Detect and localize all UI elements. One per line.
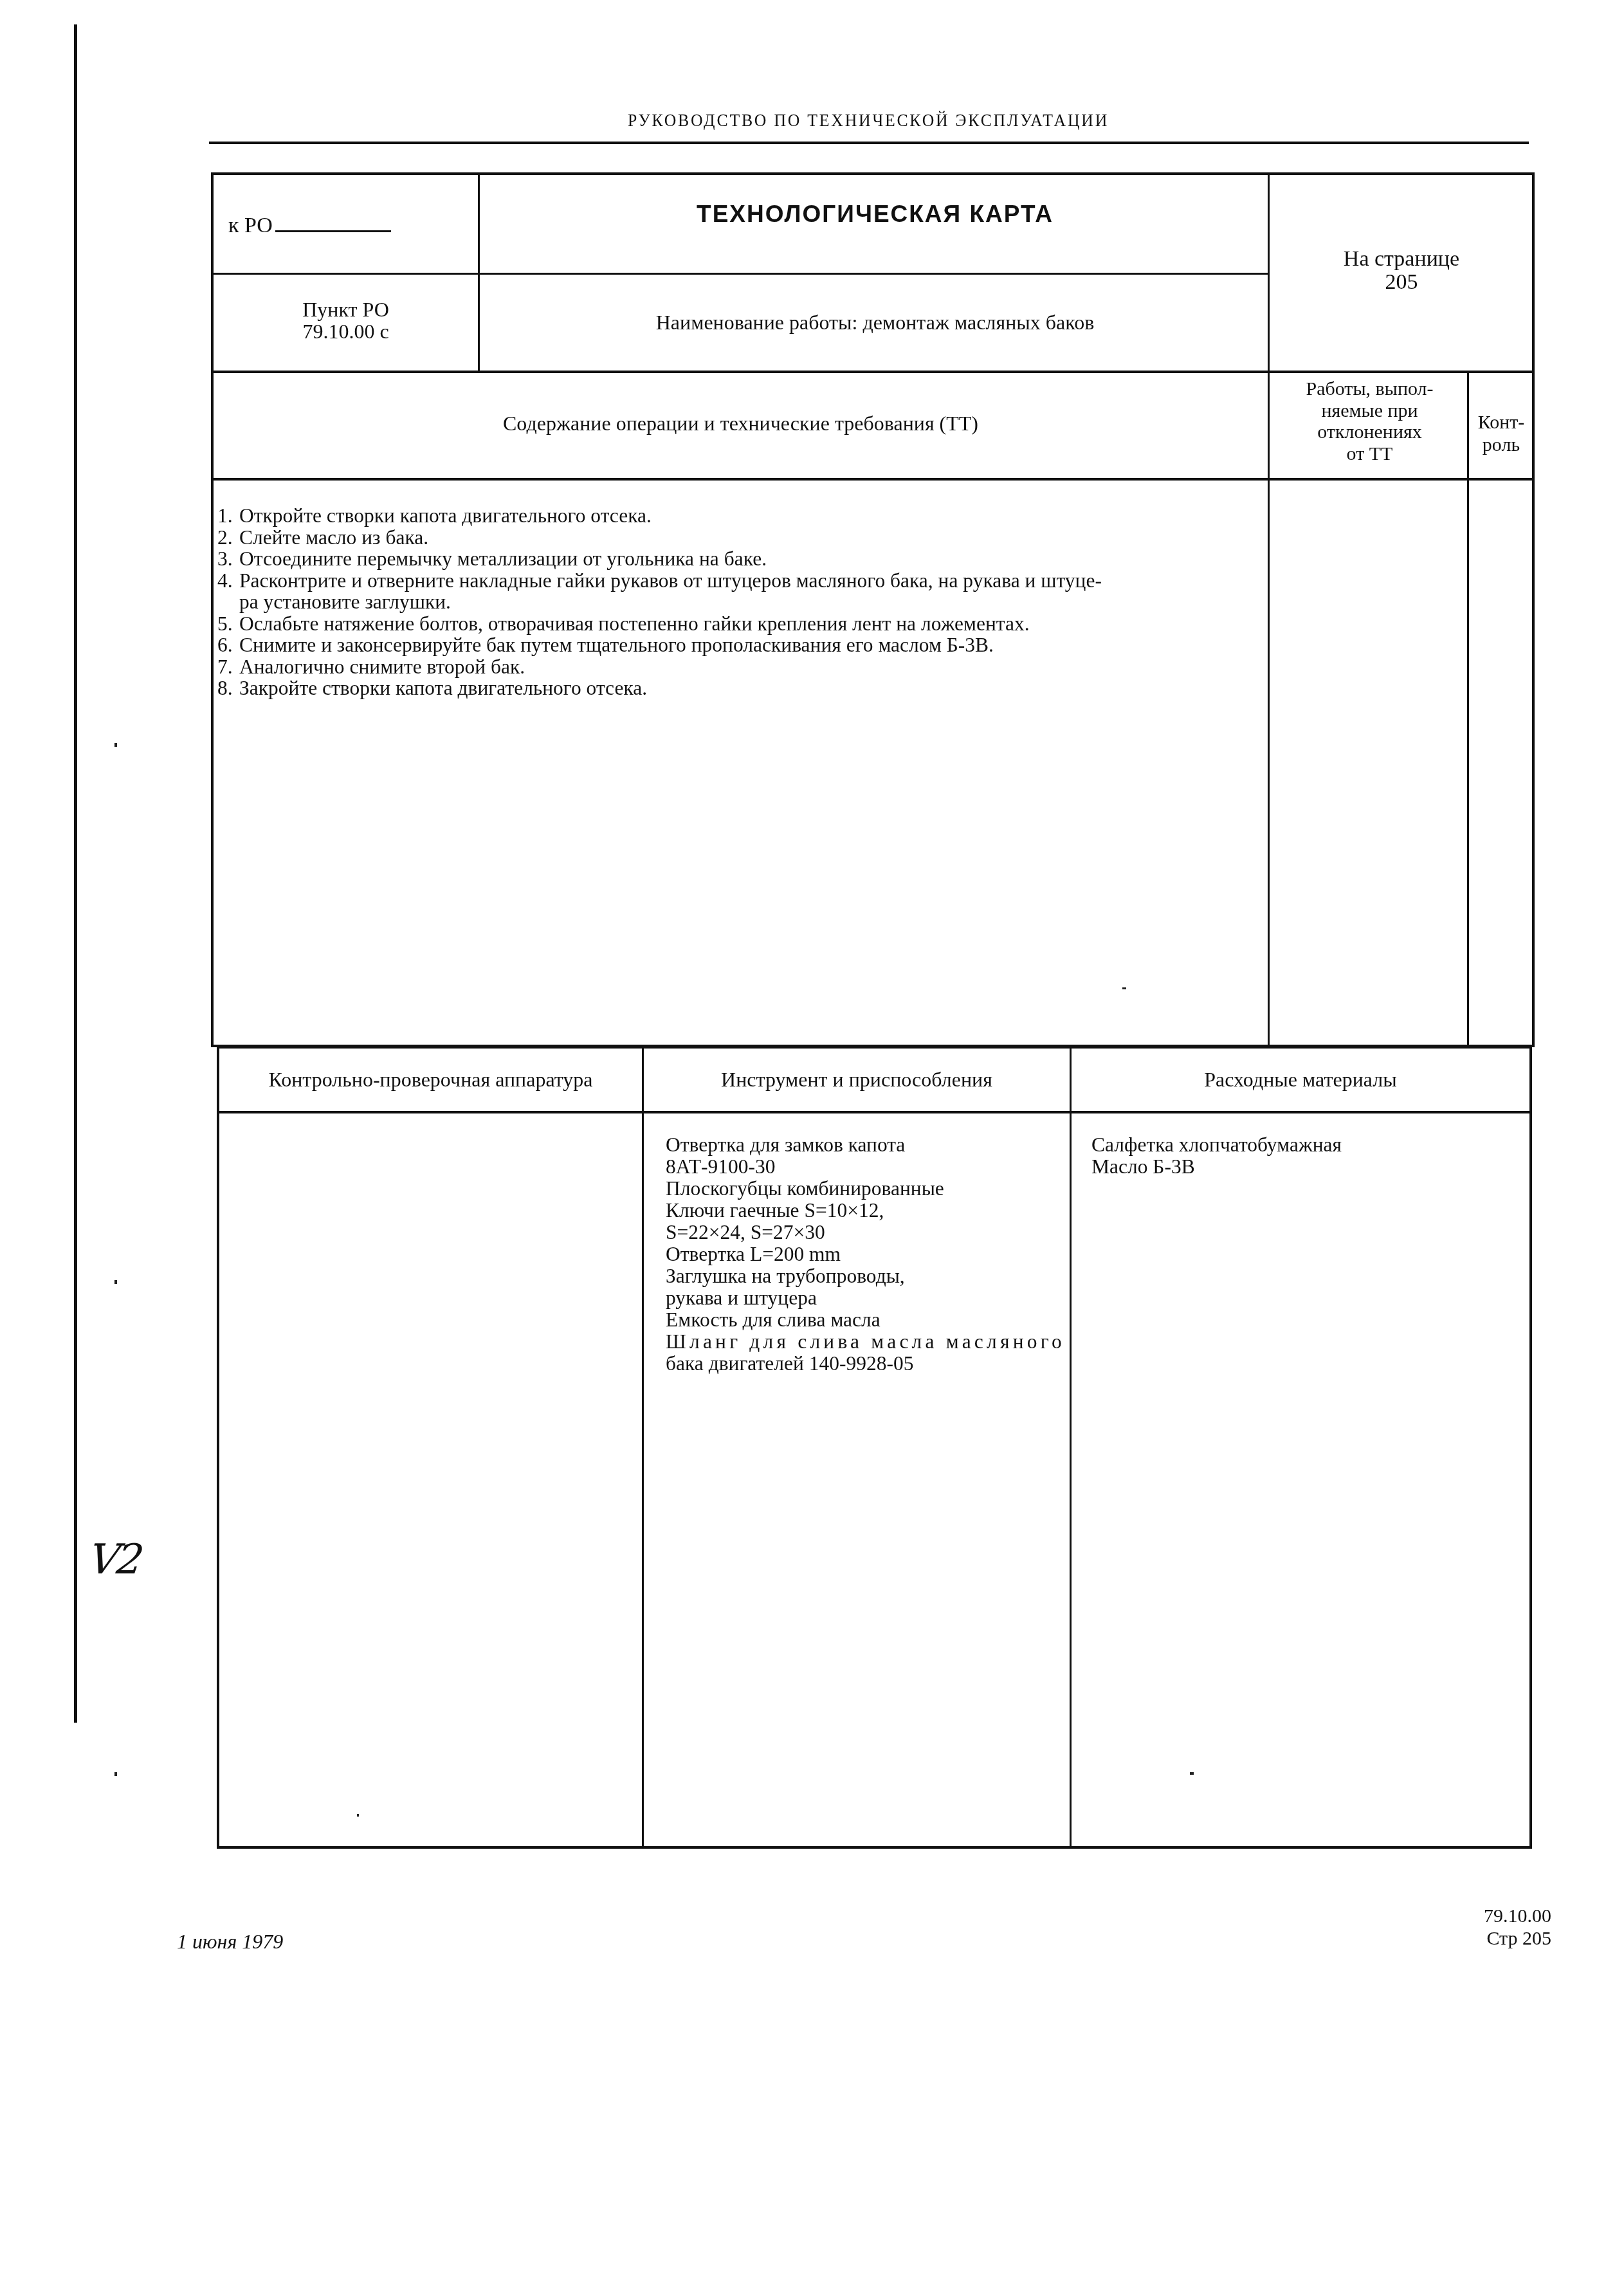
step-number: 5. [217,613,239,635]
header-rule [209,142,1529,144]
divider [218,1111,1531,1113]
step-text: Аналогично снимите второй бак. [239,656,1266,678]
step-number: 1. [217,505,239,527]
control-header: Конт- роль [1470,412,1532,456]
tool-item: Емкость для слива масла [666,1309,1068,1331]
step-number: 2. [217,527,239,549]
operation-step: 1.Откройте створки капота двигательного … [217,505,1266,527]
scan-speck [114,1772,117,1776]
scan-speck [114,743,117,747]
tools-header: Инструмент и приспособления [644,1049,1070,1111]
on-page-block: На странице 205 [1271,248,1532,293]
step-text: Закройте створки капота двигательного от… [239,677,1266,699]
operation-step: 3.Отсоедините перемычку металлизации от … [217,548,1266,570]
punkt-ro: Пункт РО 79.10.00 с [212,299,479,342]
issue-date: 1 июня 1979 [177,1930,283,1954]
operation-step: 2.Слейте масло из бака. [217,527,1266,549]
materials-header: Расходные материалы [1072,1049,1529,1111]
tool-item: Отвертка L=200 mm [666,1243,1068,1265]
step-number: 8. [217,677,239,699]
deviation-works-header: Работы, выпол- няемые при отклонениях от… [1271,378,1468,464]
divider [1268,174,1270,1046]
on-page-value: 205 [1271,271,1532,294]
operations-header: Содержание операции и технические требов… [212,412,1269,435]
materials-list: Салфетка хлопчатобумажнаяМасло Б-3В [1091,1134,1510,1178]
punkt-value: 79.10.00 с [212,321,479,343]
work-name: Наименование работы: демонтаж масляных б… [481,311,1269,334]
binding-margin-line [74,24,77,1723]
page-ref: 79.10.00 Стр 205 [1415,1905,1551,1950]
operation-step: 4.Расконтрите и отверните накладные гайк… [217,570,1266,592]
operation-step: 5.Ослабьте натяжение болтов, отворачивая… [217,613,1266,635]
step-text: Расконтрите и отверните накладные гайки … [239,570,1266,592]
step-number: 4. [217,570,239,592]
tool-item: рукава и штуцера [666,1287,1068,1309]
header-line: няемые при [1271,400,1468,422]
divider [212,371,1533,373]
divider [1467,372,1469,1046]
header-line: от ТТ [1271,443,1468,465]
tool-item: Заглушка на трубопроводы, [666,1265,1068,1287]
step-number: 6. [217,634,239,656]
step-number [217,591,239,613]
tools-list: Отвертка для замков капота8АТ-9100-30Пло… [666,1134,1068,1375]
header-line: отклонениях [1271,421,1468,443]
tool-item: Плоскогубцы комбинированные [666,1178,1068,1200]
step-number: 3. [217,548,239,570]
step-text: Отсоедините перемычку металлизации от уг… [239,548,1266,570]
doc-code: 79.10.00 [1415,1905,1551,1928]
tool-item: S=22×24, S=27×30 [666,1222,1068,1243]
on-page-label: На странице [1271,248,1532,271]
operation-step: 8.Закройте створки капота двигательного … [217,677,1266,699]
tool-item: Отвертка для замков капота [666,1134,1068,1156]
card-title: ТЕХНОЛОГИЧЕСКАЯ КАРТА [481,201,1269,228]
operations-list: 1.Откройте створки капота двигательного … [217,505,1266,699]
ref-ro-label: к РО [228,214,273,237]
divider [1070,1047,1072,1847]
ref-ro-blank [275,228,391,232]
material-item: Масло Б-3В [1091,1156,1510,1178]
divider [212,273,1268,275]
tool-item: Шланг для слива масла масляного [666,1331,1068,1353]
step-text: ра установите заглушки. [239,591,1266,613]
punkt-label: Пункт РО [212,299,479,321]
operation-step: 7.Аналогично снимите второй бак. [217,656,1266,678]
header-line: Конт- [1470,412,1532,434]
header-line: роль [1470,434,1532,457]
step-text: Ослабьте натяжение болтов, отворачивая п… [239,613,1266,635]
tool-item: Ключи гаечные S=10×12, [666,1200,1068,1222]
step-text: Откройте створки капота двигательного от… [239,505,1266,527]
tool-item: 8АТ-9100-30 [666,1156,1068,1178]
ref-ro-field: к РО [228,214,391,238]
divider [212,478,1533,481]
operation-step: 6.Снимите и законсервируйте бак путем тщ… [217,634,1266,656]
operation-step: ра установите заглушки. [217,591,1266,613]
divider [642,1047,644,1847]
step-number: 7. [217,656,239,678]
test-equipment-header: Контрольно-проверочная аппаратура [219,1049,642,1111]
header-line: Работы, выпол- [1271,378,1468,400]
handwritten-stamp: V2 [87,1536,144,1584]
scan-speck [114,1280,117,1284]
running-header: РУКОВОДСТВО ПО ТЕХНИЧЕСКОЙ ЭКСПЛУАТАЦИИ [262,111,1475,131]
material-item: Салфетка хлопчатобумажная [1091,1134,1510,1156]
tool-item: бака двигателей 140-9928-05 [666,1353,1068,1375]
step-text: Снимите и законсервируйте бак путем тщат… [239,634,1266,656]
step-text: Слейте масло из бака. [239,527,1266,549]
page-number: Стр 205 [1415,1928,1551,1950]
